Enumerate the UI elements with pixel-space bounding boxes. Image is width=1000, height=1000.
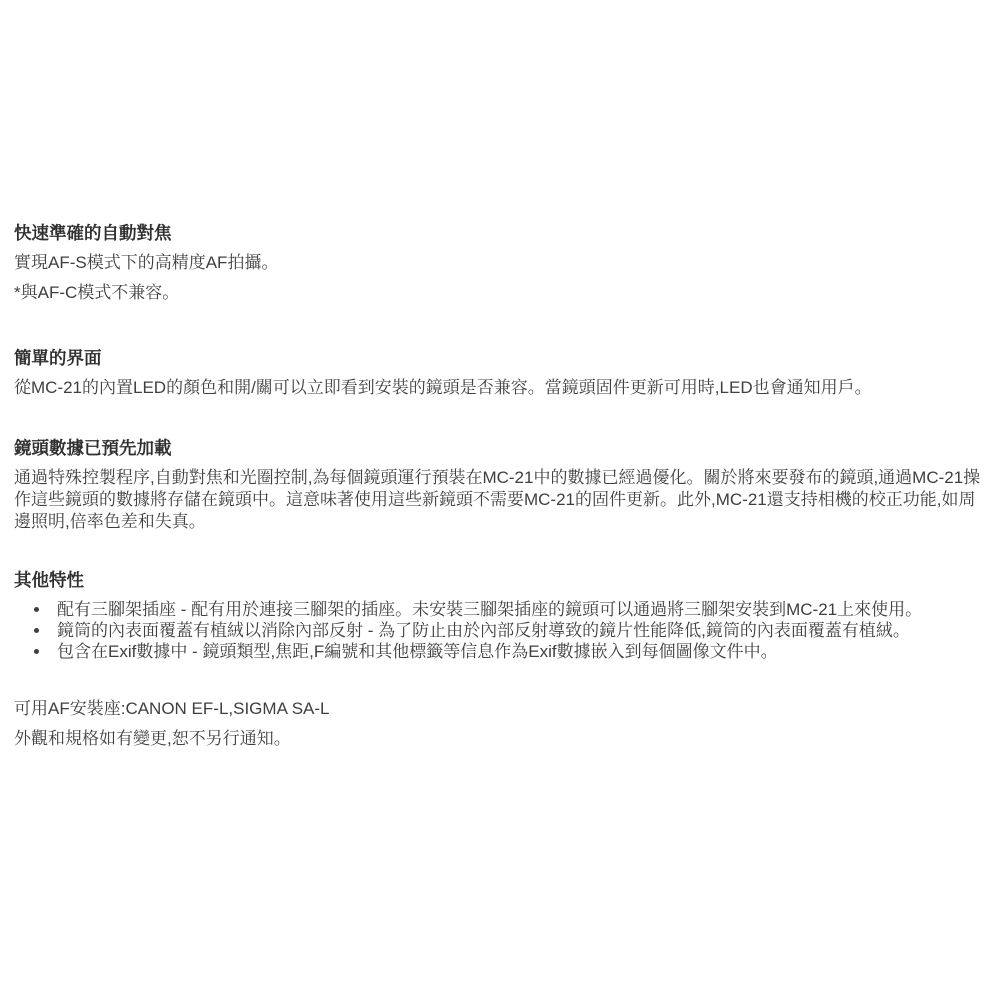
bullet-text: 包含在Exif數據中 - 鏡頭類型,焦距,F編號和其他標籤等信息作為Exif數據… bbox=[57, 642, 778, 661]
paragraph: 實現AF-S模式下的高精度AF拍攝。 bbox=[14, 252, 985, 274]
section-heading: 簡單的界面 bbox=[14, 347, 985, 369]
section-heading: 鏡頭數據已預先加載 bbox=[14, 437, 985, 459]
bullet-item-flocking: 鏡筒的內表面覆蓋有植絨以消除內部反射 - 為了防止由於內部反射導致的鏡片性能降低… bbox=[57, 620, 985, 641]
specs-change-notice-line: 外觀和規格如有變更,恕不另行通知。 bbox=[14, 728, 985, 750]
section-heading: 其他特性 bbox=[14, 569, 985, 591]
section-fast-autofocus: 快速準確的自動對焦 實現AF-S模式下的高精度AF拍攝。 *與AF-C模式不兼容… bbox=[14, 222, 985, 304]
section-other-features: 其他特性 配有三腳架插座 - 配有用於連接三腳架的插座。未安裝三腳架插座的鏡頭可… bbox=[14, 569, 985, 662]
bullet-item-tripod-socket: 配有三腳架插座 - 配有用於連接三腳架的插座。未安裝三腳架插座的鏡頭可以通過將三… bbox=[57, 599, 985, 620]
footnote-paragraph: *與AF-C模式不兼容。 bbox=[14, 282, 985, 304]
available-mounts-line: 可用AF安裝座:CANON EF-L,SIGMA SA-L bbox=[14, 698, 985, 720]
bullet-text: 鏡筒的內表面覆蓋有植絨以消除內部反射 - 為了防止由於內部反射導致的鏡片性能降低… bbox=[57, 621, 910, 640]
bullet-text: 配有三腳架插座 - 配有用於連接三腳架的插座。未安裝三腳架插座的鏡頭可以通過將三… bbox=[57, 600, 922, 619]
bullet-item-exif-data: 包含在Exif數據中 - 鏡頭類型,焦距,F編號和其他標籤等信息作為Exif數據… bbox=[57, 641, 985, 662]
footer-notes: 可用AF安裝座:CANON EF-L,SIGMA SA-L 外觀和規格如有變更,… bbox=[14, 698, 985, 750]
bullet-dot-icon bbox=[34, 628, 39, 633]
paragraph: 通過特殊控製程序,自動對焦和光圈控制,為每個鏡頭運行預裝在MC-21中的數據已經… bbox=[14, 467, 985, 533]
feature-bullet-list: 配有三腳架插座 - 配有用於連接三腳架的插座。未安裝三腳架插座的鏡頭可以通過將三… bbox=[14, 599, 985, 662]
section-lens-data-preloaded: 鏡頭數據已預先加載 通過特殊控製程序,自動對焦和光圈控制,為每個鏡頭運行預裝在M… bbox=[14, 437, 985, 533]
section-heading: 快速準確的自動對焦 bbox=[14, 222, 985, 244]
bullet-dot-icon bbox=[34, 607, 39, 612]
section-simple-interface: 簡單的界面 從MC-21的內置LED的顏色和開/關可以立即看到安裝的鏡頭是否兼容… bbox=[14, 347, 985, 399]
paragraph: 從MC-21的內置LED的顏色和開/關可以立即看到安裝的鏡頭是否兼容。當鏡頭固件… bbox=[14, 377, 985, 399]
bullet-dot-icon bbox=[34, 649, 39, 654]
product-description-document: 快速準確的自動對焦 實現AF-S模式下的高精度AF拍攝。 *與AF-C模式不兼容… bbox=[0, 0, 1000, 1000]
